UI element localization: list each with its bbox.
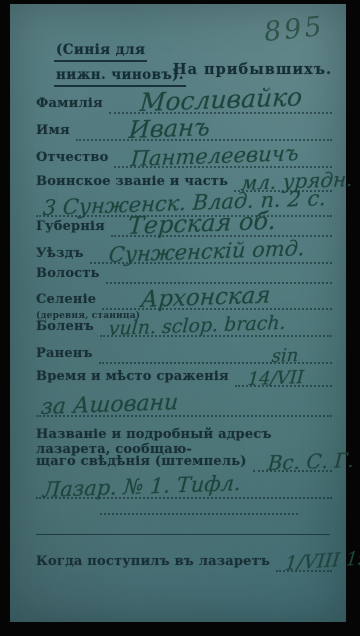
- field-admitted: Когда поступилъ въ лазаретъ 1/VIII 1916 …: [36, 542, 332, 572]
- field-battle-line2-rule: за Ашовани: [36, 385, 332, 417]
- field-admitted-label: Когда поступилъ въ лазаретъ: [36, 555, 270, 572]
- card-number-handwritten: 895: [263, 11, 326, 48]
- field-battle-value-line2: за Ашовани: [40, 390, 179, 420]
- field-hospital-line3-rule: [100, 483, 298, 515]
- field-battle: Время и мѣсто сраженія 14/VII: [36, 357, 332, 387]
- card-title: На прибывшихъ.: [173, 61, 332, 78]
- registration-card: 895 (Синія для нижн. чиновъ). На прибывш…: [10, 4, 346, 622]
- field-hospital-line3: [100, 485, 298, 515]
- field-admitted-value: 1/VIII 1916 г.: [284, 544, 360, 575]
- field-battle-line2: за Ашовани: [36, 387, 332, 417]
- field-admitted-line: 1/VIII 1916 г.: [276, 540, 332, 572]
- card-type-note-line1: (Синія для: [54, 42, 147, 62]
- scanned-hospital-card-page: { "document": { "number": "895", "header…: [0, 0, 360, 636]
- separator-rule: [36, 534, 330, 535]
- field-battle-line: 14/VII: [235, 355, 332, 387]
